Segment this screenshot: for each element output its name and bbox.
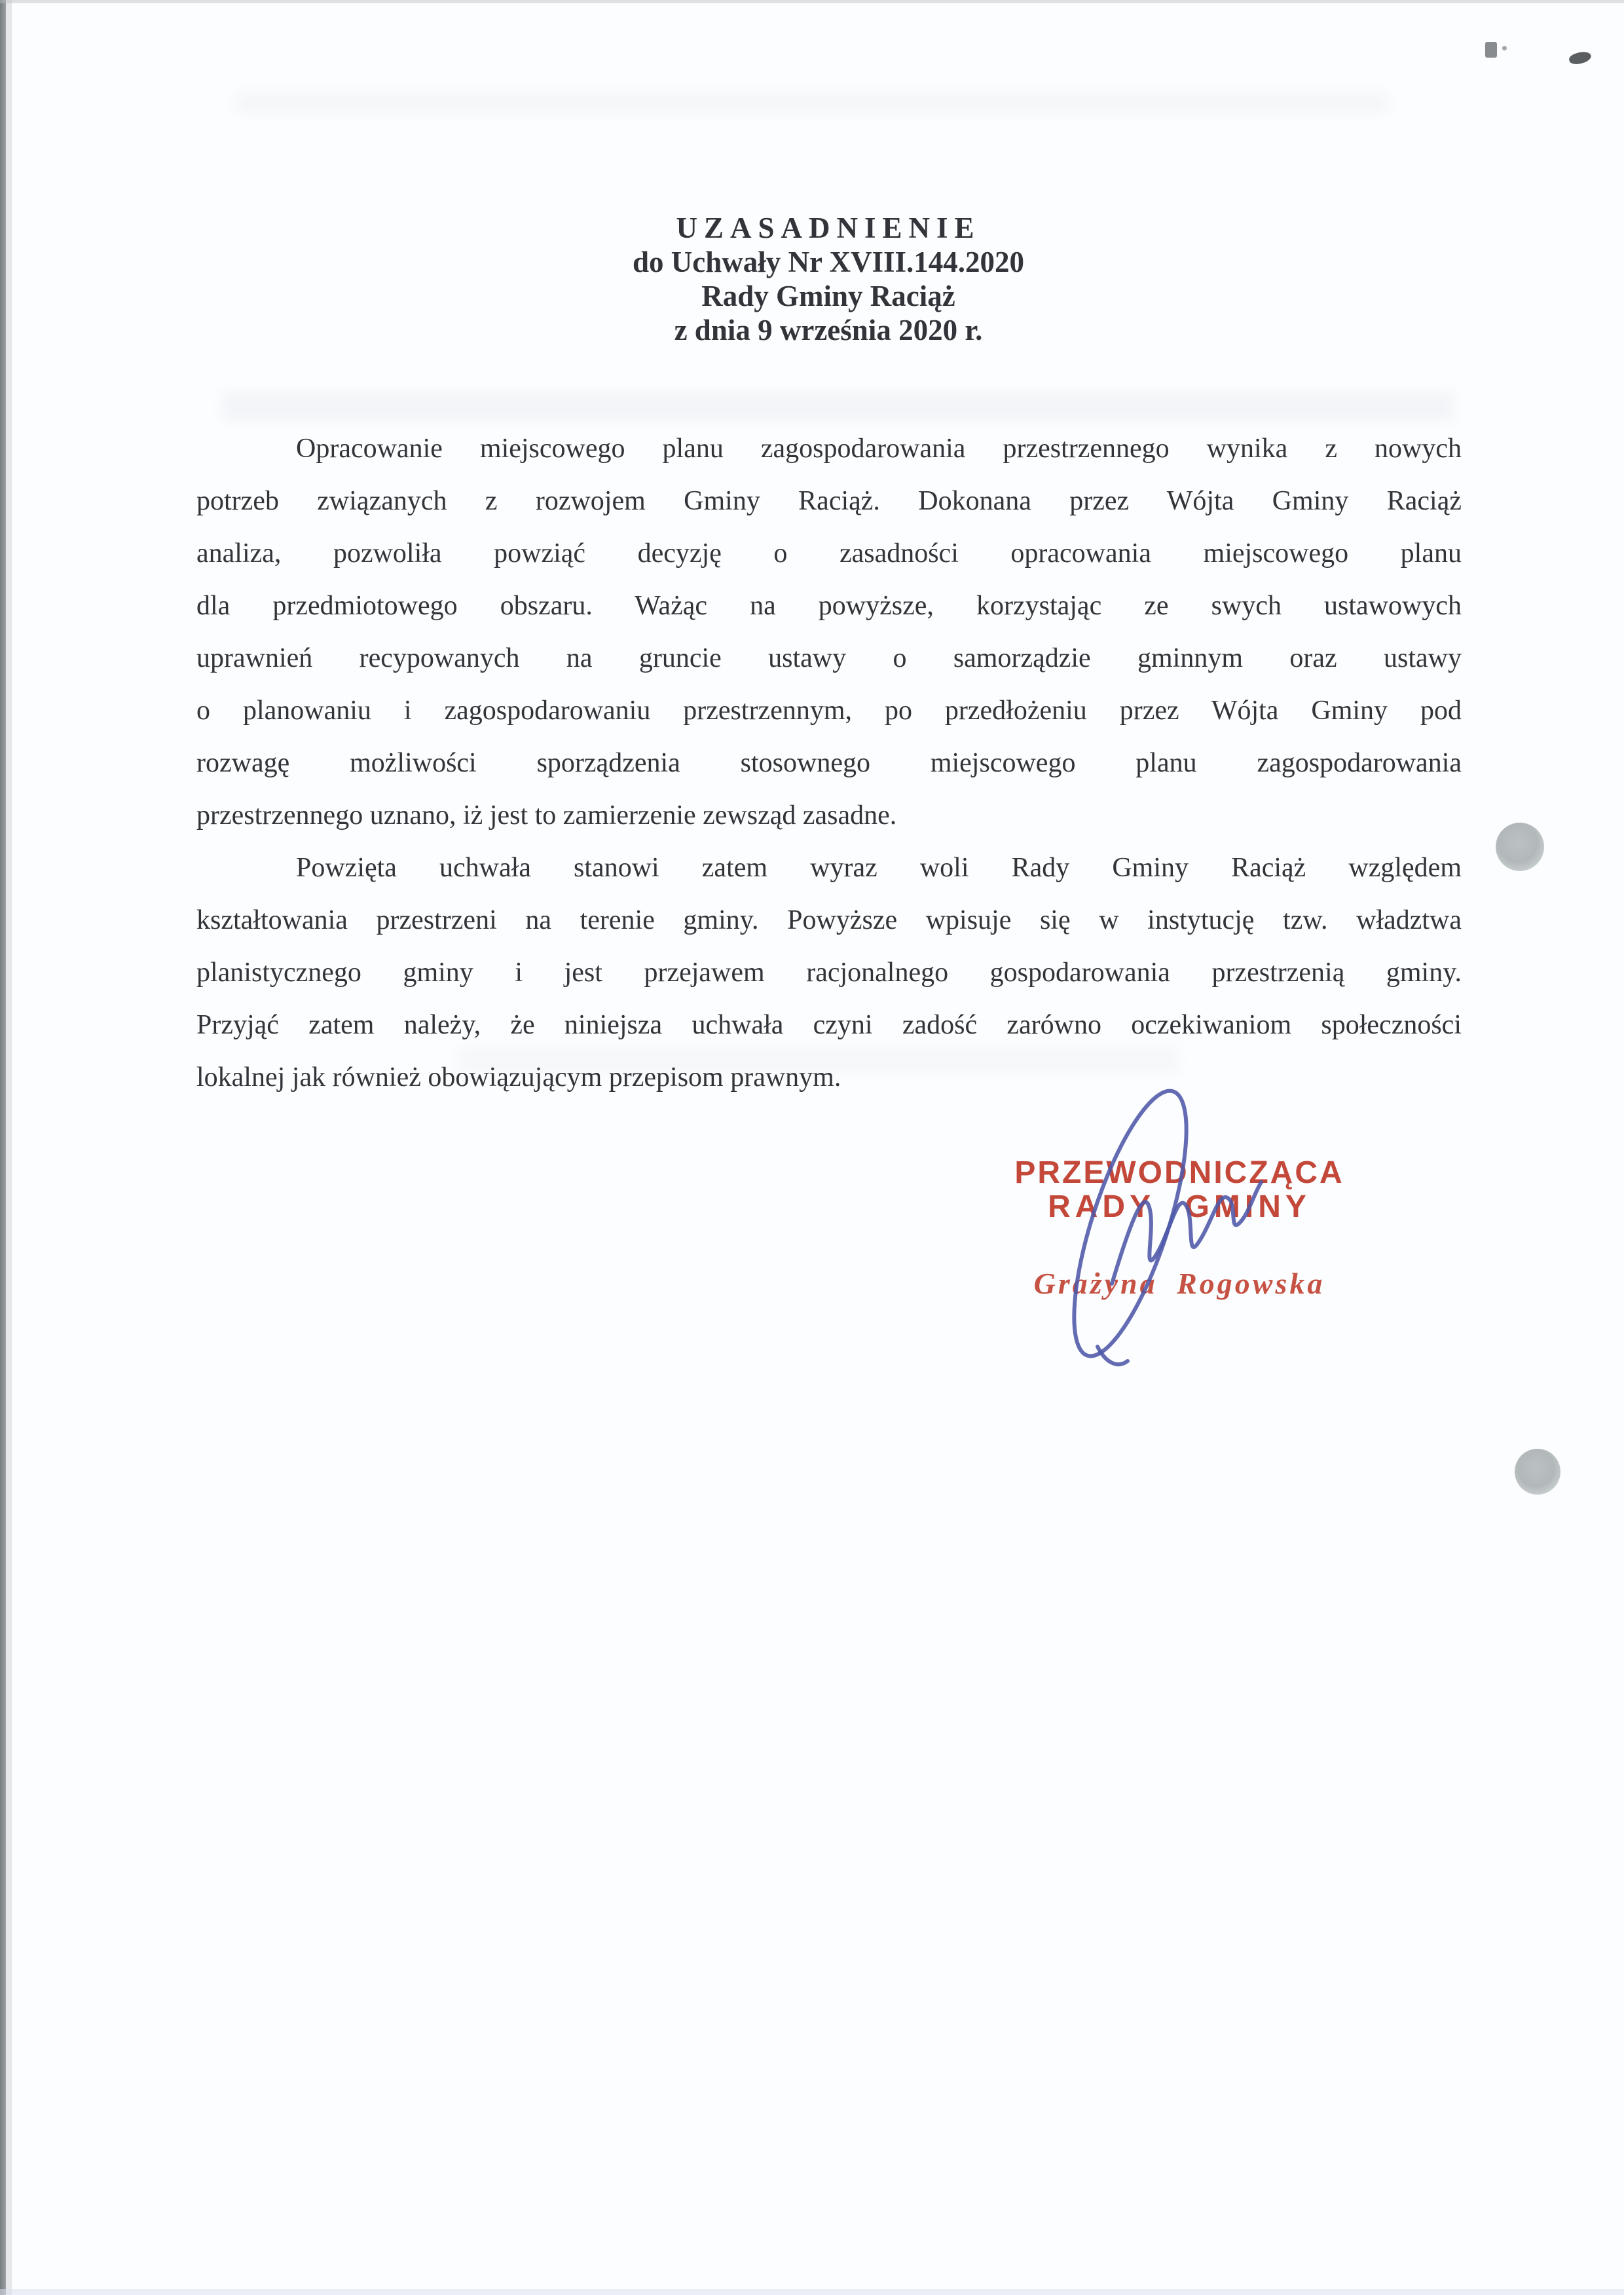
body-text-line: planistycznego gminy i jest przejawem ra… xyxy=(196,946,1462,999)
scan-artifact xyxy=(1485,42,1497,58)
body-text-line: przestrzennego uznano, iż jest to zamier… xyxy=(196,789,1462,842)
scan-edge-left-shadow xyxy=(0,0,6,2295)
document-title: UZASADNIENIE do Uchwały Nr XVIII.144.202… xyxy=(196,211,1460,347)
handwritten-signature xyxy=(1035,1066,1297,1394)
document-body: Opracowanie miejscowego planu zagospodar… xyxy=(196,422,1462,1104)
scan-artifact xyxy=(1502,46,1507,50)
body-text-line: Opracowanie miejscowego planu zagospodar… xyxy=(196,422,1462,475)
scan-artifact xyxy=(1568,50,1592,66)
body-text-line: o planowaniu i zagospodarowaniu przestrz… xyxy=(196,684,1462,737)
punch-hole-mark xyxy=(1515,1449,1560,1495)
scan-edge-bottom xyxy=(0,2289,1624,2295)
show-through-band xyxy=(236,92,1388,114)
body-text-line: uprawnień recypowanych na gruncie ustawy… xyxy=(196,632,1462,684)
body-text-line: potrzeb związanych z rozwojem Gminy Raci… xyxy=(196,475,1462,527)
scanned-document-page: UZASADNIENIE do Uchwały Nr XVIII.144.202… xyxy=(0,0,1624,2295)
body-text-line: dla przedmiotowego obszaru. Ważąc na pow… xyxy=(196,580,1462,632)
title-council-name: Rady Gminy Raciąż xyxy=(196,279,1460,313)
title-resolution-number: do Uchwały Nr XVIII.144.2020 xyxy=(196,245,1460,279)
scan-edge-left-highlight xyxy=(6,0,12,2295)
punch-hole-mark xyxy=(1496,823,1544,871)
body-text-line: kształtowania przestrzeni na terenie gmi… xyxy=(196,894,1462,946)
body-text-line: rozwagę możliwości sporządzenia stosowne… xyxy=(196,737,1462,789)
title-heading: UZASADNIENIE xyxy=(196,211,1460,245)
body-text-line: analiza, pozwoliła powziąć decyzję o zas… xyxy=(196,527,1462,580)
show-through-band xyxy=(223,392,1454,420)
scan-edge-top xyxy=(0,0,1624,3)
title-date: z dnia 9 września 2020 r. xyxy=(196,313,1460,347)
body-text-line: Przyjąć zatem należy, że niniejsza uchwa… xyxy=(196,999,1462,1051)
body-text-line: Powzięta uchwała stanowi zatem wyraz wol… xyxy=(196,842,1462,894)
